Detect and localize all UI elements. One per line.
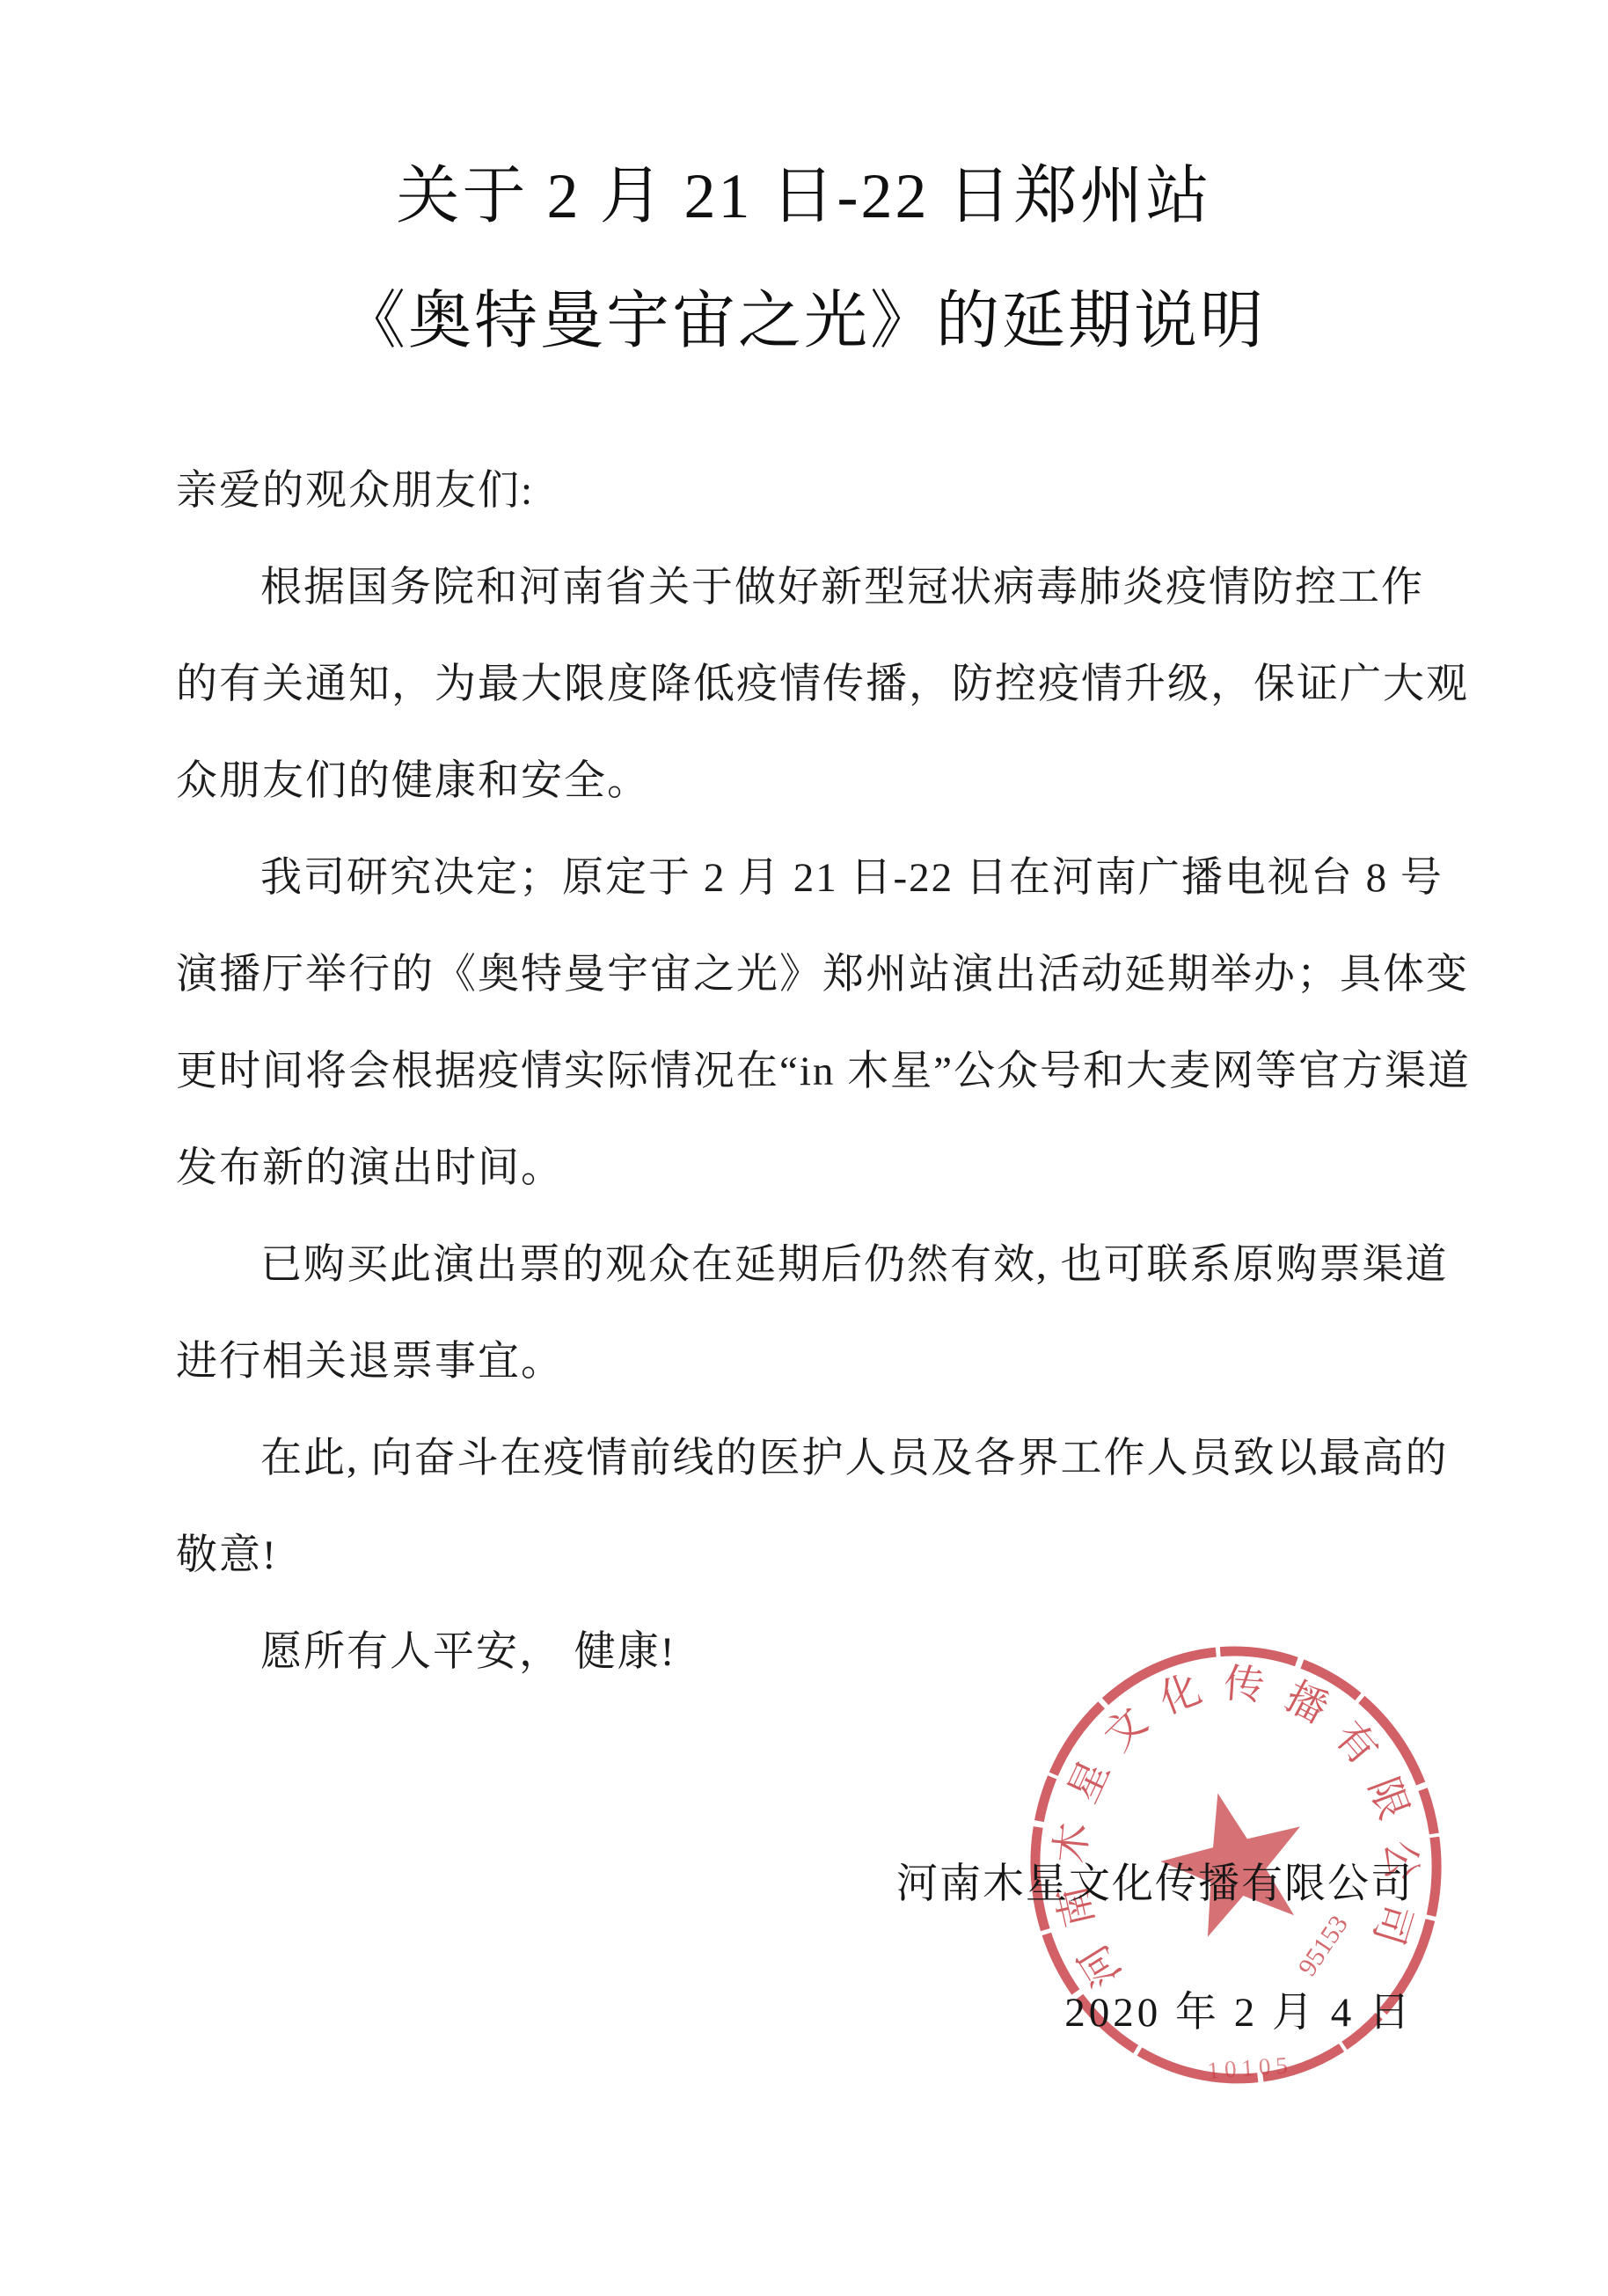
body-line: 进行相关退票事宜。 [176, 1309, 1443, 1406]
body-line: 发布新的演出时间。 [176, 1115, 1443, 1212]
body-line: 演播厅举行的《奥特曼宇宙之光》郑州站演出活动延期举办；具体变 [176, 922, 1443, 1019]
body-line: 众朋友们的健康和安全。 [176, 728, 1443, 825]
body-line: 我司研究决定；原定于 2 月 21 日-22 日在河南广播电视台 8 号 [176, 825, 1443, 922]
body-line: 根据国务院和河南省关于做好新型冠状病毒肺炎疫情防控工作 [176, 535, 1443, 632]
title-line-2: 《奥特曼宇宙之光》的延期说明 [0, 259, 1608, 384]
body-line: 更时间将会根据疫情实际情况在“in 木星”公众号和大麦网等官方渠道 [176, 1019, 1443, 1115]
salutation-line: 亲爱的观众朋友们: [176, 438, 1443, 535]
seal-serial-bottom: 10105 [1206, 2051, 1293, 2084]
signature-date: 2020 年 2 月 4 日 [1064, 1979, 1414, 2038]
body-line: 已购买此演出票的观众在延期后仍然有效, 也可联系原购票渠道 [176, 1212, 1443, 1309]
document-body: 亲爱的观众朋友们: 根据国务院和河南省关于做好新型冠状病毒肺炎疫情防控工作 的有… [176, 438, 1443, 1696]
title-line-1: 关于 2 月 21 日-22 日郑州站 [0, 134, 1608, 259]
body-line: 在此, 向奋斗在疫情前线的医护人员及各界工作人员致以最高的 [176, 1406, 1443, 1503]
document-title: 关于 2 月 21 日-22 日郑州站 《奥特曼宇宙之光》的延期说明 [0, 134, 1608, 384]
notice-document: 关于 2 月 21 日-22 日郑州站 《奥特曼宇宙之光》的延期说明 亲爱的观众… [0, 0, 1608, 2296]
body-line: 敬意! [176, 1503, 1443, 1599]
seal-serial-right: 95153 [1293, 1911, 1354, 1982]
body-line: 的有关通知，为最大限度降低疫情传播，防控疫情升级，保证广大观 [176, 632, 1443, 728]
signature-company: 河南木星文化传播有限公司 [896, 1851, 1414, 1910]
